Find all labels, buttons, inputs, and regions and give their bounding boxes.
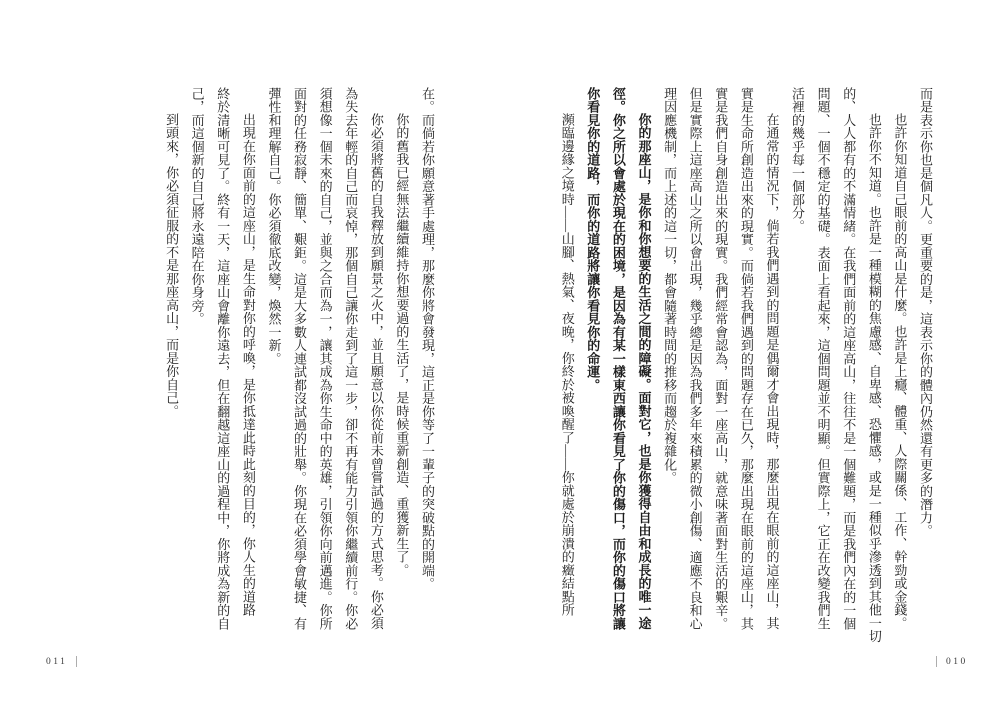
text-column: 己，而這個新的自己將永遠陪在你身旁。 (184, 87, 210, 653)
text-column: 須想像一個未來的自己，並與之合而為一，讓其成為你生命中的英雄，引領你向前邁進。你… (312, 87, 338, 653)
text-column-emphasis: 你看見你的道路，而你的道路將讓你看見你的命運。 (580, 87, 606, 653)
text-column-emphasis: 徑。你之所以會處於現在的困境，是因為有某一樣東西讓你看見了你的傷口，而你的傷口將… (605, 87, 631, 653)
page-number-label: 011 (46, 657, 67, 667)
text-column: 理因應機制，而上述的這一切，都會隨著時間的推移而趨於複雜化。 (656, 87, 682, 653)
text-column-emphasis: 你的那座山，是你和你想要的生活之間的障礙。面對它，也是你獲得自由和成長的唯一途 (631, 87, 657, 653)
page-number-label: 010 (946, 657, 968, 667)
text-column: 而是表示你也是個凡人。更重要的是，這表示你的體內仍然還有更多的潛力。 (912, 87, 938, 653)
text-column: 在。而倘若你願意著手處理，那麼你將會發現，這正是你等了一輩子的突破點的開端。 (414, 87, 440, 653)
text-column: 的、人人都有的不滿情緒。在我們面前的這座高山，往往不是一個難題，而是我們內在的一… (836, 87, 862, 653)
page-right-text: 而是表示你也是個凡人。更重要的是，這表示你的體內仍然還有更多的潛力。 也許你知道… (554, 87, 938, 653)
text-column: 實是我們自身創造出來的現實。我們經常會認為，面對一座高山，就意味著面對生活的艱辛… (708, 87, 734, 653)
text-column: 在通常的情況下，倘若我們遇到的問題是偶爾才會出現時，那麼出現在眼前的這座山，其 (759, 87, 785, 653)
text-column: 也許你不知道。也許是一種模糊的焦慮感、自卑感、恐懼感，或是一種似乎滲透到其他一切 (861, 87, 887, 653)
text-column: 到頭來，你必須征服的不是那座高山，而是你自己。 (158, 87, 184, 653)
page-number-right: 010 (936, 656, 968, 667)
page-number-left: 011 (46, 656, 77, 667)
text-column: 但是實際上這座高山之所以會出現，幾乎總是因為我們多年來積累的微小創傷、適應不良和… (682, 87, 708, 653)
text-column: 實是生命所創造出來的現實。而倘若我們遇到的問題存在已久，那麼出現在眼前的這座山，… (733, 87, 759, 653)
text-column: 你必須將舊的自我釋放到願景之火中，並且願意以你從前未曾嘗試過的方式思考。你必須 (363, 87, 389, 653)
page-number-divider (936, 656, 937, 667)
text-column: 也許你知道自己眼前的高山是什麼。也許是上癮、體重、人際關係、工作、幹勁或金錢。 (887, 87, 913, 653)
text-column: 出現在你面前的這座山，是生命對你的呼喚，是你抵達此時此刻的目的，你人生的道路 (235, 87, 261, 653)
text-column: 瀕臨邊緣之境時——山腳、熱氣、夜晚，你終於被喚醒了——你就處於崩潰的癥結點所 (554, 87, 580, 653)
page-left-text: 在。而倘若你願意著手處理，那麼你將會發現，這正是你等了一輩子的突破點的開端。 你… (158, 87, 440, 653)
text-column: 面對的任務寂靜、簡單、艱鉅。這是大多數人連試都沒試過的壯舉。你現在必須學會敏捷、… (286, 87, 312, 653)
book-spread: 而是表示你也是個凡人。更重要的是，這表示你的體內仍然還有更多的潛力。 也許你知道… (0, 0, 1000, 710)
text-column: 你的舊我已經無法繼續維持你想要過的生活了，是時候重新創造、重獲新生了。 (389, 87, 415, 653)
text-column: 活裡的幾乎每一個部分。 (784, 87, 810, 653)
text-column: 彈性和理解自己。你必須徹底改變，煥然一新。 (261, 87, 287, 653)
page-number-divider (76, 656, 77, 667)
text-column: 問題、一個不穩定的基礎。表面上看起來，這個問題並不明顯。但實際上，它正在改變我們… (810, 87, 836, 653)
text-column: 終於清晰可見了。終有一天，這座山會離你遠去，但在翻越這座山的過程中，你將成為新的… (210, 87, 236, 653)
text-column: 為失去年輕的自己而哀悼，那個自己讓你走到了這一步，卻不再有能力引領你繼續前行。你… (338, 87, 364, 653)
